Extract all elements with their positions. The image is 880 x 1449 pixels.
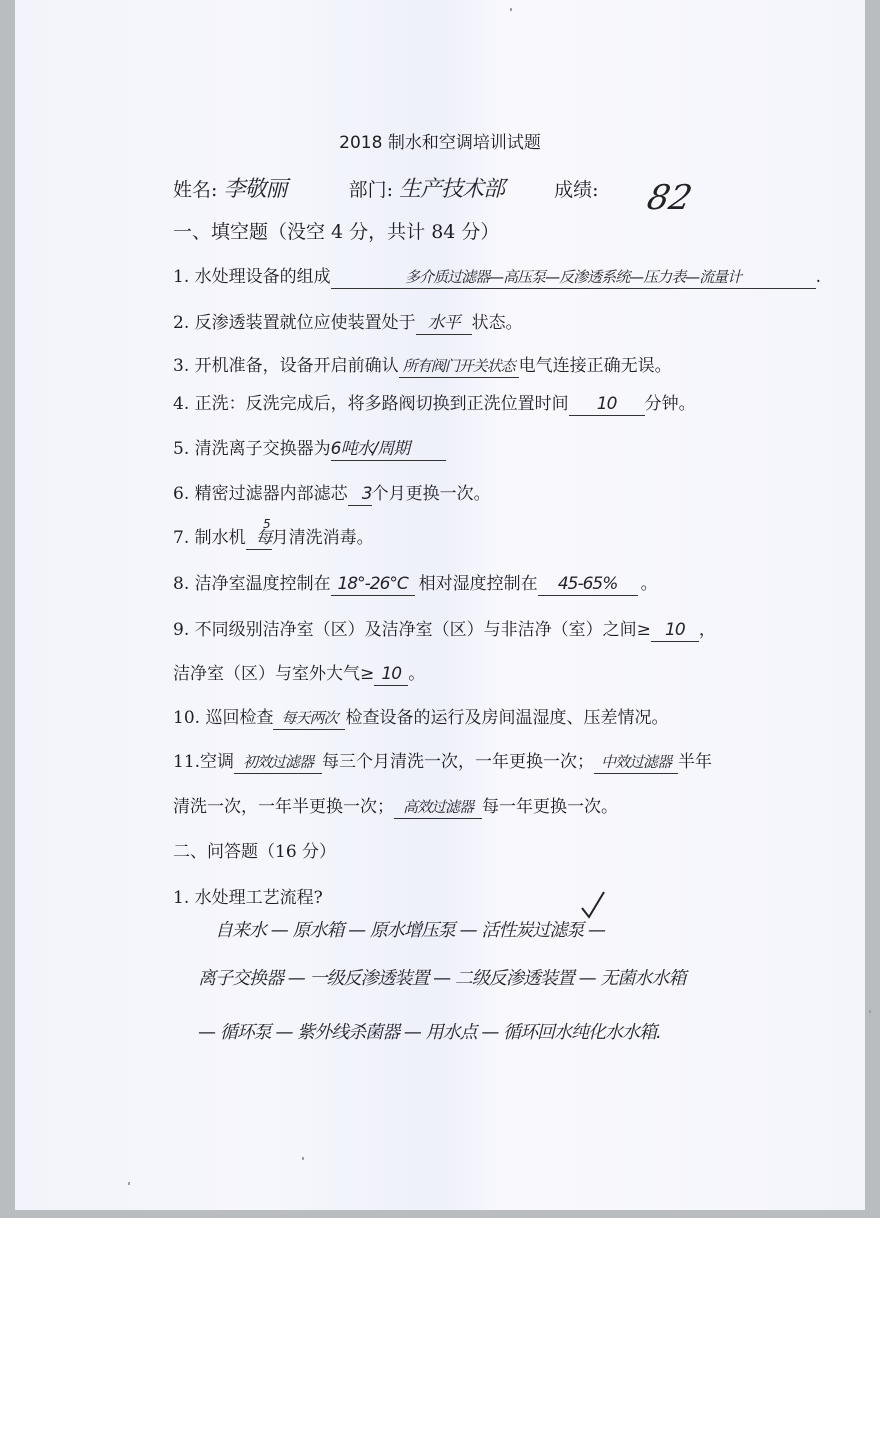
check-mark-icon	[580, 890, 606, 920]
answer-7: 每5	[246, 527, 272, 550]
score-label: 成绩:	[554, 179, 598, 201]
answer-8-humidity: 45-65%	[538, 573, 638, 596]
section2-heading: 二、问答题（16 分）	[173, 840, 336, 864]
question-11: 11.空调初效过滤器每三个月清洗一次，一年更换一次；中效过滤器半年	[173, 750, 712, 774]
answer-flow-line-1: 自来水 — 原水箱 — 原水增压泵 — 活性炭过滤泵 —	[215, 918, 605, 944]
dept-label: 部门:	[349, 179, 393, 201]
section1-heading: 一、填空题（没空 4 分，共计 84 分）	[173, 220, 499, 244]
answer-11-primary-filter: 初效过滤器	[234, 751, 322, 774]
question-1: 1. 水处理设备的组成多介质过滤器—高压泵—反渗透系统—压力表—流量计.	[173, 265, 821, 289]
exam-sheet: 2018 制水和空调培训试题 姓名: 李敬丽 部门: 生产技术部 成绩: 82 …	[15, 0, 865, 1210]
exam-title: 2018 制水和空调培训试题	[15, 128, 865, 153]
answer-2: 水平	[416, 312, 472, 335]
answer-8-temperature: 18°-26°C	[331, 573, 415, 596]
question-9: 9. 不同级别洁净室（区）及洁净室（区）与非洁净（室）之间≥10，	[173, 618, 716, 642]
scan-speck	[510, 8, 512, 11]
answer-3: 所有阀门开关状态	[399, 355, 519, 378]
question-9-continued: 洁净室（区）与室外大气≥10。	[173, 662, 425, 686]
question-2: 2. 反渗透装置就位应使装置处于水平状态。	[173, 311, 523, 335]
section2-question-1: 1. 水处理工艺流程?	[173, 886, 323, 910]
question-8: 8. 洁净室温度控制在18°-26°C相对湿度控制在45-65%。	[173, 572, 658, 596]
answer-11-medium-filter: 中效过滤器	[594, 751, 678, 774]
question-5: 5. 清洗离子交换器为6吨水/周期	[173, 437, 446, 461]
question-3: 3. 开机准备，设备开启前确认所有阀门开关状态电气连接正确无误。	[173, 354, 672, 378]
answer-7-correction: 5	[263, 513, 270, 535]
question-6: 6. 精密过滤器内部滤芯3个月更换一次。	[173, 482, 491, 506]
question-4: 4. 正洗：反洗完成后，将多路阀切换到正洗位置时间10分钟。	[173, 392, 696, 416]
scan-speck	[302, 1157, 304, 1160]
question-10: 10. 巡回检查每天两次检查设备的运行及房间温湿度、压差情况。	[173, 706, 668, 730]
answer-4: 10	[569, 393, 645, 416]
scan-speck	[869, 1010, 871, 1013]
name-label: 姓名:	[173, 179, 217, 201]
answer-10: 每天两次	[273, 707, 345, 730]
answer-1: 多介质过滤器—高压泵—反渗透系统—压力表—流量计	[331, 266, 816, 289]
score-value: 82	[644, 178, 696, 218]
answer-9b: 10	[374, 663, 408, 686]
question-7: 7. 制水机每5月清洗消毒。	[173, 526, 374, 550]
scan-speck	[128, 1182, 130, 1185]
answer-flow-line-2: 离子交换器 — 一级反渗透装置 — 二级反渗透装置 — 无菌水水箱	[198, 966, 685, 992]
answer-9a: 10	[651, 619, 699, 642]
answer-11-high-filter: 高效过滤器	[394, 796, 482, 819]
answer-5: 6吨水/周期	[331, 438, 446, 461]
question-11-continued: 清洗一次，一年半更换一次；高效过滤器每一年更换一次。	[173, 795, 618, 819]
header-row: 姓名: 李敬丽 部门: 生产技术部 成绩:	[173, 178, 599, 202]
dept-value: 生产技术部	[399, 177, 504, 202]
name-value: 李敬丽	[223, 177, 286, 202]
answer-flow-line-3: — 循环泵 — 紫外线杀菌器 — 用水点 — 循环回水纯化水水箱.	[198, 1020, 661, 1046]
answer-6: 3	[348, 483, 372, 506]
